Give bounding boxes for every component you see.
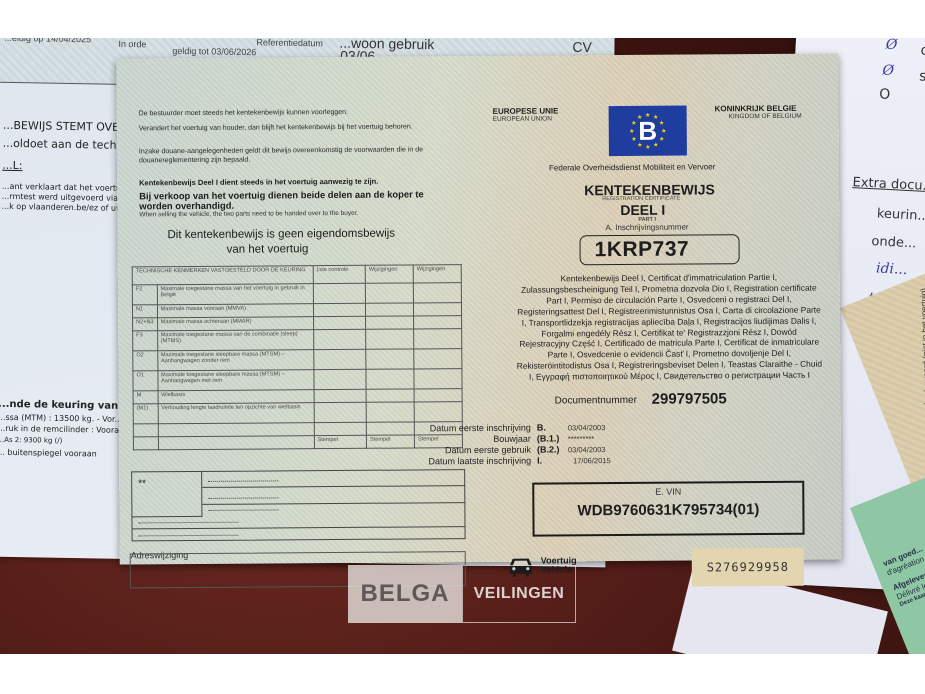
row-code: N1: [132, 305, 157, 318]
value-cell: [414, 389, 462, 402]
row-description: Maximale toegestane massa van de combina…: [157, 330, 313, 351]
watermark-belga: BELGA: [348, 565, 462, 623]
value-cell: [414, 316, 462, 329]
table-header: Wijzigingen: [365, 265, 413, 283]
usage: ...woon gebruik: [339, 38, 434, 52]
svg-text:★: ★: [631, 120, 636, 127]
field-label: Datum eerste gebruik: [341, 445, 531, 456]
sale-notice-en: When selling the vehicle, the two parts …: [139, 210, 358, 219]
svg-text:★: ★: [629, 128, 634, 135]
value-cell: [414, 329, 462, 349]
checkmark: Ø: [885, 38, 897, 53]
value-cell: [366, 349, 414, 369]
value-cell: [313, 369, 366, 389]
row-description: [158, 423, 314, 437]
conformity-certificate: van goed... d'agréation... Afgeleverd o.…: [850, 459, 925, 654]
value-cell: [414, 303, 462, 316]
handwritten-note: idi...: [876, 260, 908, 278]
field-code: I.: [537, 456, 542, 466]
table-header: TECHNISCHE KENMERKEN VASTGESTELD DOOR DE…: [132, 266, 313, 285]
holder-box: **: [131, 469, 465, 541]
svg-text:★: ★: [631, 136, 636, 143]
field-label: Datum eerste inschrijving: [341, 423, 531, 434]
value-cell: [414, 402, 462, 422]
usage-code-1: CV: [572, 39, 592, 55]
value-cell: [413, 283, 461, 303]
field-label: Bouwjaar: [341, 434, 531, 445]
value-cell: [313, 349, 366, 369]
table-row: O2Maximale toegestane sleepbare massa (M…: [133, 349, 462, 371]
checklist-text: sle: [919, 68, 925, 85]
row-description: Wielbasis: [158, 390, 314, 404]
row-code: N2+N3: [133, 318, 158, 331]
row-description: Maximale massa vooraan (MMVA): [157, 304, 313, 318]
in-vehicle-notice: Kentekenbewijs Deel I dient steeds in he…: [139, 177, 378, 188]
row-description: Maximale toegestane sleepbare massa (MTS…: [158, 370, 314, 391]
field-label: Datum laatste inschrijving: [341, 456, 531, 467]
value-cell: [366, 389, 414, 402]
field-code: (B.2.): [537, 444, 560, 454]
report-line: ...As 2: 9300 kg (/): [0, 436, 62, 445]
registration-certificate-part-2: ...te worden bewaard (niet in het voertu…: [840, 256, 925, 587]
watermark-veilingen: VEILINGEN: [462, 565, 576, 623]
valid-until: geldig tot 03/06/2026: [172, 46, 256, 57]
table-header: 1ste controle: [313, 265, 366, 283]
value-cell: [366, 329, 414, 349]
card-text: d'agréation...: [885, 552, 925, 578]
value-cell: [414, 369, 462, 389]
row-code: (M1): [133, 404, 158, 424]
not-ownership-line-1: Dit kentekenbewijs is geen eigendomsbewi…: [167, 228, 395, 242]
checklist-item: keurin...: [877, 206, 925, 224]
table-row: F3Maximale toegestane massa van de combi…: [133, 329, 462, 351]
status: In orde: [118, 39, 146, 49]
eu-label-en: EUROPEAN UNION: [493, 115, 552, 122]
table-header: Wijzigingen: [413, 265, 461, 283]
vin-label: E. VIN: [534, 486, 802, 498]
value-cell: [366, 303, 414, 316]
value-cell: [313, 303, 366, 316]
note-2: Verandert het voertuig van houder, dan b…: [139, 122, 439, 133]
vin-box: E. VIN WDB9760631K795734(01): [532, 481, 804, 537]
watermark: BELGA VEILINGEN: [348, 565, 576, 623]
row-description: Maximale massa achteraan (MMAR): [157, 317, 313, 331]
note-1: De bestuurder moet steeds het kentekenbe…: [139, 107, 439, 118]
checkmark: Ø: [882, 62, 894, 79]
report-line: ...ruk in de remcilinder : Voora...: [0, 424, 127, 435]
checkmark: O: [879, 86, 891, 103]
field-value: 03/04/2003: [568, 445, 606, 454]
plate-label: A. Inschrijvingsnummer: [605, 223, 688, 233]
note-3: Inzake douane-aangelegenheden geldt dit …: [139, 145, 459, 165]
report-line: ...L:: [2, 159, 23, 172]
stars: **: [138, 478, 146, 489]
value-cell: [313, 316, 366, 329]
country-letter: B: [638, 115, 657, 146]
row-code: M: [133, 391, 158, 404]
svg-text:★: ★: [661, 128, 666, 135]
row-code: F2: [132, 285, 157, 305]
row-code: O2: [133, 351, 158, 371]
row-description: Maximale toegestane sleepbare massa (MTS…: [157, 350, 313, 371]
document-number-label: Documentnummer: [555, 395, 637, 407]
field-value: 03/04/2003: [568, 423, 606, 432]
kingdom-label-en: KINGDOM OF BELGIUM: [729, 113, 802, 121]
value-cell: [314, 402, 367, 422]
address-change-label: Adreswijziging: [131, 550, 189, 560]
row-code: O1: [133, 371, 158, 391]
value-cell: [366, 369, 414, 389]
value-cell: [414, 349, 462, 369]
checklist-text: c: [920, 42, 925, 58]
field-value: 17/06/2015: [573, 456, 611, 465]
handwritten-note: tr...: [868, 290, 893, 307]
card-text: van goed...: [882, 544, 924, 568]
table-row: O1Maximale toegestane sleepbare massa (M…: [133, 369, 462, 391]
field-value: *********: [568, 434, 594, 443]
serial-number: S276929958: [692, 548, 804, 587]
value-cell: [366, 316, 414, 329]
card-text: Afgeleverd o...: [891, 563, 925, 592]
row-code: [133, 424, 158, 437]
multilingual-title: Kentekenbewijs Deel I, Certificat d'imma…: [516, 272, 823, 383]
value-cell: [313, 283, 366, 303]
part-title: DEEL I: [620, 202, 665, 218]
svg-text:★: ★: [659, 136, 664, 143]
field-code: B.: [537, 423, 546, 433]
value-cell: [314, 389, 367, 402]
value-cell: [365, 283, 413, 303]
field-code: (B.1.): [537, 433, 560, 443]
row-description: Maximale toegestane massa van het voertu…: [157, 284, 313, 305]
checklist-heading: Extra docu...: [852, 175, 925, 194]
svg-text:★: ★: [659, 120, 664, 127]
document-number: 299797505: [652, 390, 727, 408]
authority: Federale Overheidsdienst Mobiliteit en V…: [549, 162, 715, 172]
valid-on: ...eldig op 14/04/2025: [4, 38, 91, 44]
report-line: ...ssa (MTM) : 13500 kg. - Vor...: [0, 413, 122, 424]
registration-number: 1KRP737: [579, 234, 739, 265]
vin-number: WDB9760631K795734(01): [534, 501, 802, 520]
card-text: Deze kaart moet...: [899, 583, 925, 608]
value-cell: [366, 402, 414, 422]
row-description: Verhouding lengte laadruimte ten opzicht…: [158, 403, 314, 424]
report-line: ... buitenspiegel vooraan: [0, 448, 97, 459]
table-row: (M1)Verhouding lengte laadruimte ten opz…: [133, 402, 462, 424]
not-ownership-line-2: van het voertuig: [227, 243, 309, 256]
eu-label: EUROPESE UNIE: [493, 106, 559, 115]
table-row: F2Maximale toegestane massa van het voer…: [132, 283, 461, 305]
checklist-item: onde...: [871, 234, 917, 251]
card-text: Délivré le:: [895, 580, 925, 602]
value-cell: [313, 329, 366, 349]
row-code: F3: [133, 331, 158, 351]
eu-flag-icon: ★★★★★★★★★★★★ B: [609, 106, 687, 157]
card-text: ...te worden bewaard (niet in het voertu…: [919, 288, 925, 436]
reference-label: Referentiedatum: [256, 38, 323, 48]
registration-certificate-part-1: De bestuurder moet steeds het kentekenbe…: [116, 53, 842, 564]
sale-notice: Bij verkoop van het voertuig dienen beid…: [139, 189, 459, 210]
